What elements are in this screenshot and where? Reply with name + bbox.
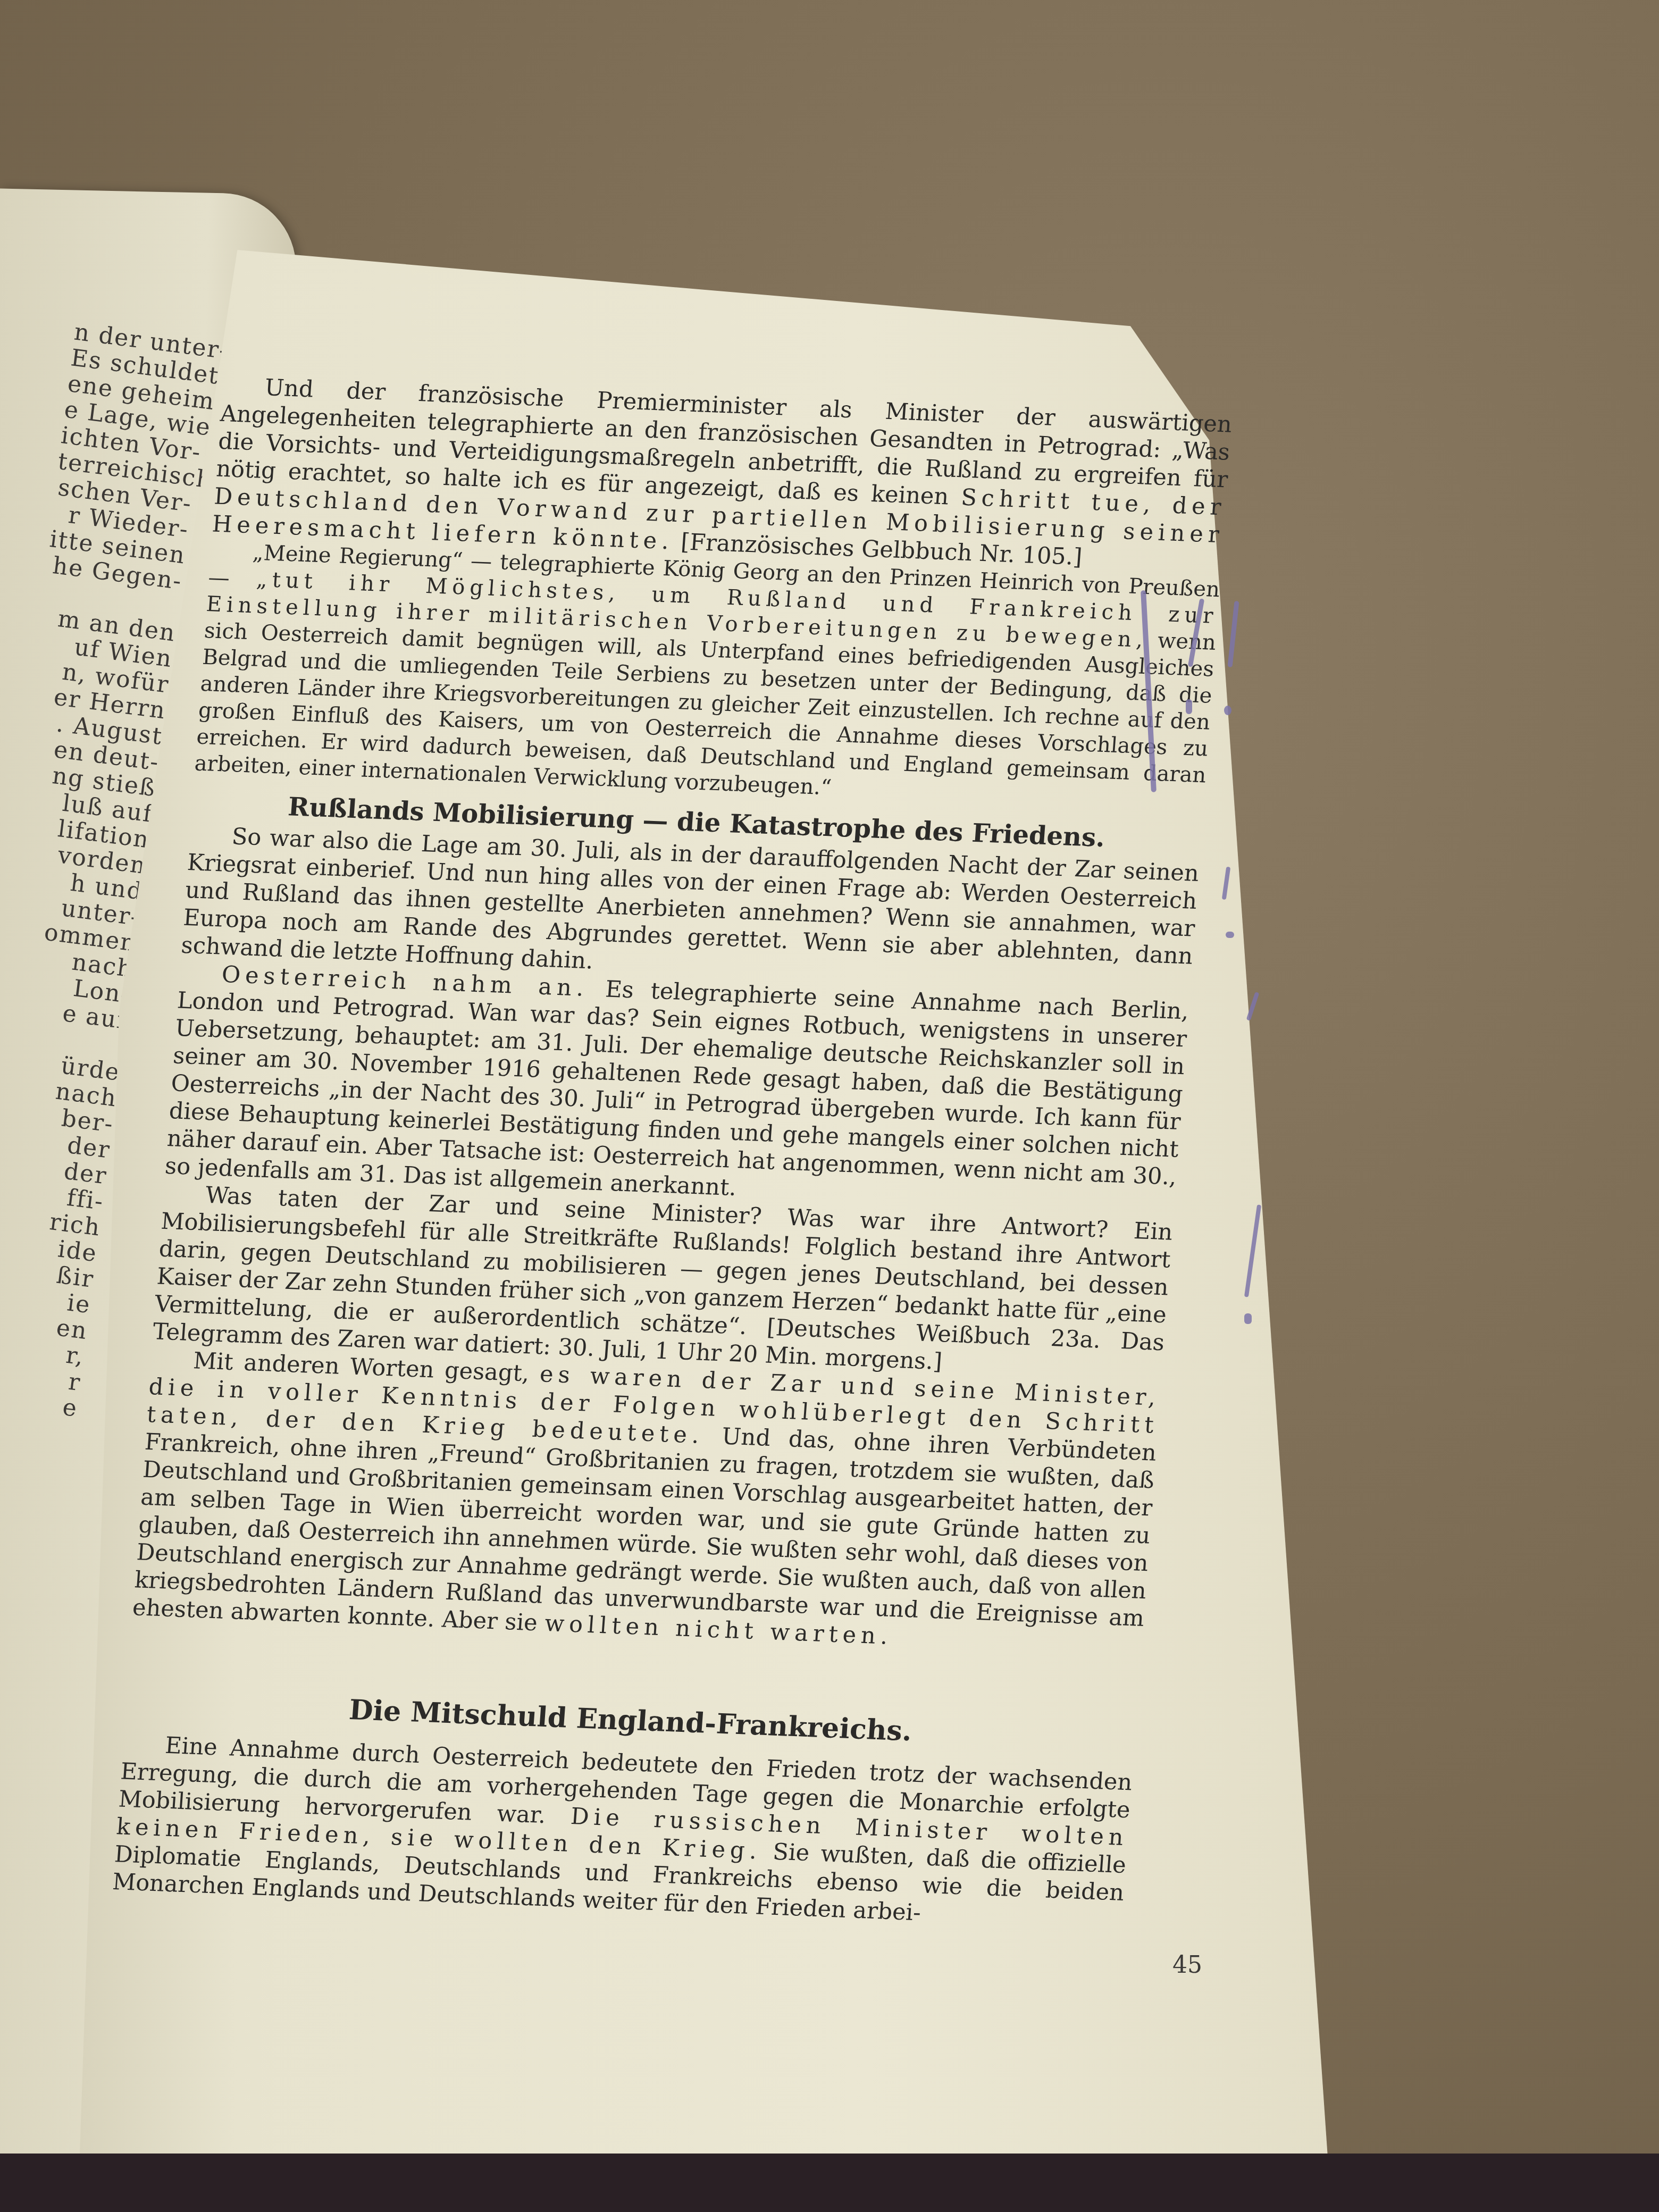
pencil-dot (1244, 1313, 1252, 1324)
page-number: 45 (1172, 1951, 1202, 1979)
paragraph-austria-accepted: Oesterreich nahm an. Es telegraphierte s… (164, 959, 1189, 1219)
page-body: Und der französische Premierminister als… (112, 372, 1233, 1934)
pencil-dot (1224, 706, 1231, 715)
pencil-dot (1226, 932, 1234, 938)
dark-surface-bottom (0, 2154, 1659, 2212)
pencil-dot (1186, 699, 1192, 714)
paragraph-king-george: „Meine Regierung“ — telegraphierte König… (194, 538, 1221, 815)
paragraph-other-words: Mit anderen Worten gesagt, es waren der … (131, 1345, 1161, 1660)
